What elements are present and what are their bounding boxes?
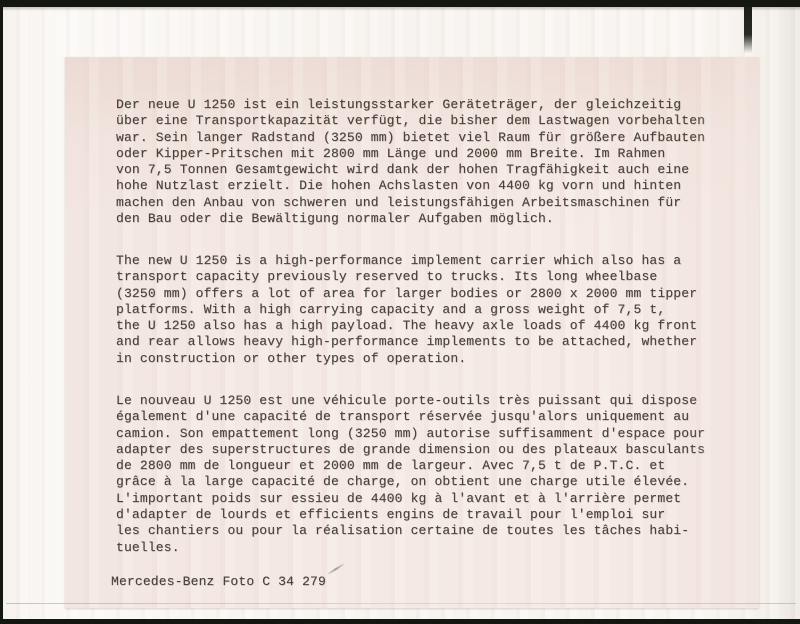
sheet-edge-shadow <box>6 603 796 604</box>
scan-frame-shadow <box>3 7 800 11</box>
caption-paragraph-german: Der neue U 1250 ist ein leistungsstarker… <box>116 97 746 227</box>
photo-paper: Der neue U 1250 ist ein leistungsstarker… <box>3 7 800 619</box>
caption-paragraph-french: Le nouveau U 1250 est une véhicule porte… <box>116 393 746 556</box>
caption-paragraph-english: The new U 1250 is a high-performance imp… <box>116 253 746 367</box>
scanned-photo-caption: { "captions": { "german": "Der neue U 12… <box>0 0 800 624</box>
paper-tear-mark <box>744 7 752 53</box>
caption-sheet: Der neue U 1250 ist ein leistungsstarker… <box>65 57 759 608</box>
photo-credit: Mercedes-Benz Foto C 34 279 <box>111 574 326 590</box>
